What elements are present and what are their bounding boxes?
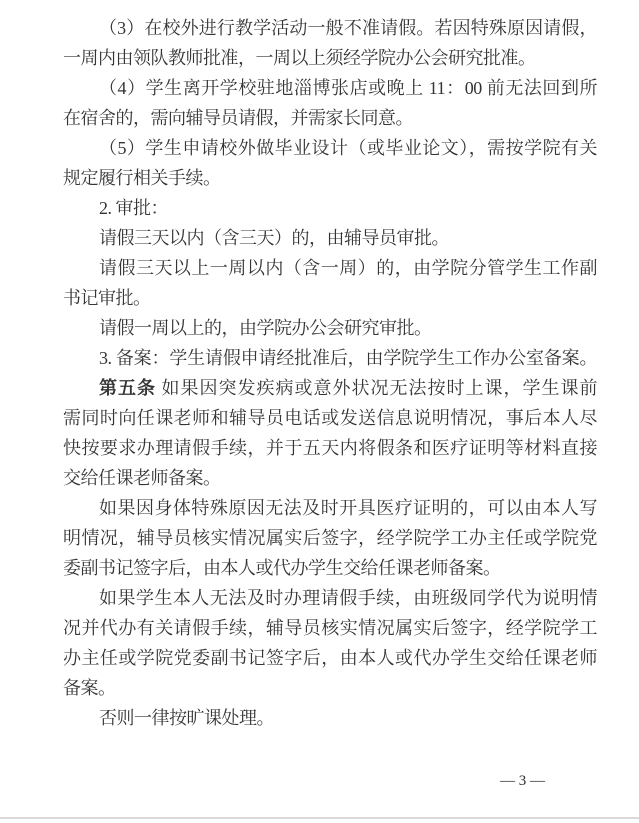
line-text: 如果因突发疾病或意外状况无法按时上课，学生课前 bbox=[156, 378, 597, 398]
document-line: 在宿舍的，需向辅导员请假，并需家长同意。 bbox=[63, 103, 597, 133]
line-text: 请假三天以内（含三天）的，由辅导员审批。 bbox=[99, 228, 449, 248]
line-text: 一周内由领队教师批准，一周以上须经学院办公会研究批准。 bbox=[63, 48, 536, 68]
line-text: 书记审批。 bbox=[63, 288, 151, 308]
line-text: 快按要求办理请假手续，并于五天内将假条和医疗证明等材料直接 bbox=[63, 438, 597, 458]
line-text: （4）学生离开学校驻地淄博张店或晚上 11：00 前无法回到所 bbox=[99, 78, 597, 98]
line-text-bold: 第五条 bbox=[99, 378, 156, 398]
line-text: 请假一周以上的，由学院办公会研究审批。 bbox=[99, 318, 432, 338]
line-text: 需同时向任课老师和辅导员电话或发送信息说明情况，事后本人尽 bbox=[63, 408, 597, 428]
line-text: 2. 审批： bbox=[99, 198, 168, 218]
document-line: （4）学生离开学校驻地淄博张店或晚上 11：00 前无法回到所 bbox=[63, 73, 597, 103]
line-text: 况并代办有关请假手续，辅导员核实情况属实后签字，经学院学工 bbox=[63, 618, 597, 638]
line-text: 否则一律按旷课处理。 bbox=[99, 708, 274, 728]
document-line: 否则一律按旷课处理。 bbox=[63, 703, 597, 733]
line-text: 交给任课老师备案。 bbox=[63, 468, 221, 488]
line-text: 如果学生本人无法及时办理请假手续，由班级同学代为说明情 bbox=[99, 588, 597, 608]
document-line: 2. 审批： bbox=[63, 193, 597, 223]
document-line: 办主任或学院党委副书记签字后，由本人或代办学生交给任课老师 bbox=[63, 643, 597, 673]
line-text: 办主任或学院党委副书记签字后，由本人或代办学生交给任课老师 bbox=[63, 648, 597, 668]
document-line: 如果因身体特殊原因无法及时开具医疗证明的，可以由本人写 bbox=[63, 493, 597, 523]
document-line: （5）学生申请校外做毕业设计（或毕业论文），需按学院有关 bbox=[63, 133, 597, 163]
page-number: — 3 — bbox=[0, 770, 545, 792]
document-line: 备案。 bbox=[63, 673, 597, 703]
document-line: 需同时向任课老师和辅导员电话或发送信息说明情况，事后本人尽 bbox=[63, 403, 597, 433]
document-line: 规定履行相关手续。 bbox=[63, 163, 597, 193]
document-line: 如果学生本人无法及时办理请假手续，由班级同学代为说明情 bbox=[63, 583, 597, 613]
document-line: 第五条 如果因突发疾病或意外状况无法按时上课，学生课前 bbox=[63, 373, 597, 403]
line-text: 在宿舍的，需向辅导员请假，并需家长同意。 bbox=[63, 108, 413, 128]
document-line: 一周内由领队教师批准，一周以上须经学院办公会研究批准。 bbox=[63, 43, 597, 73]
document-line: （3）在校外进行教学活动一般不准请假。若因特殊原因请假， bbox=[63, 13, 597, 43]
document-line: 委副书记签字后，由本人或代办学生交给任课老师备案。 bbox=[63, 553, 597, 583]
document-line: 请假一周以上的，由学院办公会研究审批。 bbox=[63, 313, 597, 343]
document-line: 请假三天以上一周以内（含一周）的，由学院分管学生工作副 bbox=[63, 253, 597, 283]
line-text: （3）在校外进行教学活动一般不准请假。若因特殊原因请假， bbox=[99, 18, 597, 38]
document-line: 交给任课老师备案。 bbox=[63, 463, 597, 493]
document-line: 3. 备案：学生请假申请经批准后，由学院学生工作办公室备案。 bbox=[63, 343, 597, 373]
document-lines: （3）在校外进行教学活动一般不准请假。若因特殊原因请假，一周内由领队教师批准，一… bbox=[63, 13, 597, 733]
document-line: 快按要求办理请假手续，并于五天内将假条和医疗证明等材料直接 bbox=[63, 433, 597, 463]
line-text: 3. 备案：学生请假申请经批准后，由学院学生工作办公室备案。 bbox=[99, 348, 597, 368]
page-bottom-edge bbox=[0, 817, 639, 819]
document-line: 书记审批。 bbox=[63, 283, 597, 313]
document-line: 请假三天以内（含三天）的，由辅导员审批。 bbox=[63, 223, 597, 253]
line-text: 规定履行相关手续。 bbox=[63, 168, 221, 188]
line-text: （5）学生申请校外做毕业设计（或毕业论文），需按学院有关 bbox=[99, 138, 597, 158]
document-page: （3）在校外进行教学活动一般不准请假。若因特殊原因请假，一周内由领队教师批准，一… bbox=[0, 0, 639, 823]
line-text: 委副书记签字后，由本人或代办学生交给任课老师备案。 bbox=[63, 558, 501, 578]
line-text: 明情况，辅导员核实情况属实后签字，经学院学工办主任或学院党 bbox=[63, 528, 597, 548]
line-text: 如果因身体特殊原因无法及时开具医疗证明的，可以由本人写 bbox=[99, 498, 597, 518]
line-text: 请假三天以上一周以内（含一周）的，由学院分管学生工作副 bbox=[99, 258, 597, 278]
document-line: 况并代办有关请假手续，辅导员核实情况属实后签字，经学院学工 bbox=[63, 613, 597, 643]
line-text: 备案。 bbox=[63, 678, 116, 698]
document-line: 明情况，辅导员核实情况属实后签字，经学院学工办主任或学院党 bbox=[63, 523, 597, 553]
